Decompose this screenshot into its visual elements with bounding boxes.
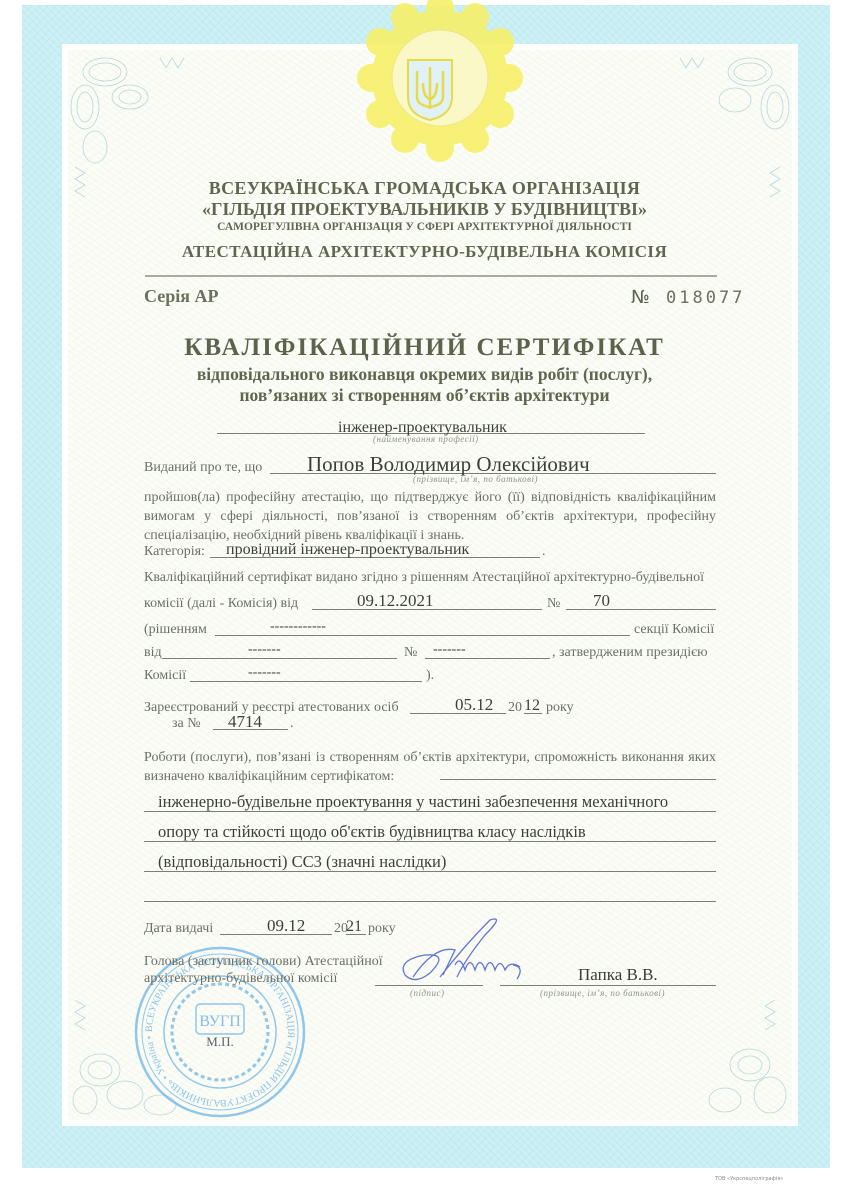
section-suffix: секції Комісії xyxy=(634,622,714,638)
from-value: ------- xyxy=(248,642,281,658)
approved-label: , затвердженим президією xyxy=(552,645,708,661)
commission-close: ). xyxy=(426,668,434,684)
commission-line xyxy=(190,681,422,682)
decision-number-label: № xyxy=(547,596,560,612)
signatory-name: Папка В.В. xyxy=(578,965,658,985)
holder-name-caption: (прізвище, ім’я, по батькові) xyxy=(413,474,538,484)
issue-year-word: року xyxy=(368,921,396,937)
category-period: . xyxy=(542,544,546,560)
from-number-line xyxy=(425,658,550,659)
commission-value: ------- xyxy=(248,665,281,681)
signatory-role-1: Голова (заступник голови) Атестаційної xyxy=(144,954,383,970)
registry-label: Зареєстрований у реєстрі атестованих осі… xyxy=(144,700,399,716)
commission-name: АТЕСТАЦІЙНА АРХІТЕКТУРНО-БУДІВЕЛЬНА КОМІ… xyxy=(0,242,849,262)
serial-number: 018077 xyxy=(666,288,745,308)
profession-caption: (найменування професії) xyxy=(373,434,479,444)
registry-number: 4714 xyxy=(228,712,262,732)
issue-date-label: Дата видачі xyxy=(144,921,213,937)
from-number-label: № xyxy=(404,645,417,661)
registry-number-label: за № xyxy=(172,716,201,732)
header-divider xyxy=(145,275,717,277)
from-line xyxy=(162,658,397,659)
certificate-subtitle-1: відповідального виконавця окремих видів … xyxy=(0,364,849,385)
works-item-3: (відповідальності) СС3 (значні наслідки) xyxy=(158,852,446,872)
category-value: провідний інженер-проектувальник xyxy=(226,541,469,559)
section-value: ------------ xyxy=(270,619,326,635)
signatory-name-caption: (прізвище, ім’я, по батькові) xyxy=(540,988,665,998)
signature-scribble xyxy=(395,915,545,995)
org-name-line-2: «ГІЛЬДІЯ ПРОЕКТУВАЛЬНИКІВ У БУДІВНИЦТВІ» xyxy=(0,199,849,220)
printer-imprint: ТОВ «Укрспецполіграфія» xyxy=(715,1176,783,1182)
certificate-title: КВАЛІФІКАЦІЙНИЙ СЕРТИФІКАТ xyxy=(0,334,849,362)
works-line-4 xyxy=(144,901,716,902)
decision-number: 70 xyxy=(593,591,610,611)
corner-ornament-bottom-right xyxy=(690,1000,790,1120)
org-status: САМОРЕГУЛІВНА ОРГАНІЗАЦІЯ У СФЕРІ АРХІТЕ… xyxy=(0,221,849,233)
registry-year-word: року xyxy=(546,700,574,716)
registry-number-period: . xyxy=(290,716,294,732)
decision-number-line xyxy=(566,609,716,610)
stamp-mark-label: М.П. xyxy=(206,1034,233,1049)
from-label: від xyxy=(144,645,162,661)
from-number-value: ------- xyxy=(433,642,466,658)
ukraine-trident-icon xyxy=(405,57,455,122)
certificate-subtitle-2: пов’язаних зі створенням об’єктів архіте… xyxy=(0,385,849,406)
section-line xyxy=(215,635,630,636)
decision-text: Кваліфікаційний сертифікат видано згідно… xyxy=(144,570,704,586)
registry-date: 05.12 xyxy=(455,695,493,715)
works-item-1: інженерно-будівельне проектування у част… xyxy=(158,792,668,812)
attestation-text: пройшов(ла) професійну атестацію, що під… xyxy=(144,488,716,545)
commission-label: Комісії xyxy=(144,668,186,684)
number-sign: № xyxy=(631,287,650,308)
decision-commission-label: комісії (далі - Комісія) від xyxy=(144,596,298,612)
registry-year-prefix: 20 xyxy=(508,700,522,716)
registry-year-line xyxy=(524,713,542,714)
issued-to-label: Виданий про те, що xyxy=(144,460,262,476)
series-label: Серія АР xyxy=(144,286,218,307)
section-label: (рішенням xyxy=(144,622,207,638)
issue-year-line xyxy=(346,934,366,935)
works-intro: Роботи (послуги), пов’язані із створення… xyxy=(144,748,716,786)
works-intro-line xyxy=(440,779,716,780)
decision-date: 09.12.2021 xyxy=(357,591,434,611)
signatory-role-2: архітектурно-будівельної комісії xyxy=(144,971,337,987)
category-label: Категорія: xyxy=(144,544,205,560)
stamp-abbr: ВУГП xyxy=(199,1013,241,1030)
issue-date: 09.12 xyxy=(267,916,305,936)
works-item-2: опору та стійкості щодо об'єктів будівни… xyxy=(158,822,586,842)
org-name-line-1: ВСЕУКРАЇНСЬКА ГРОМАДСЬКА ОРГАНІЗАЦІЯ xyxy=(0,178,849,199)
